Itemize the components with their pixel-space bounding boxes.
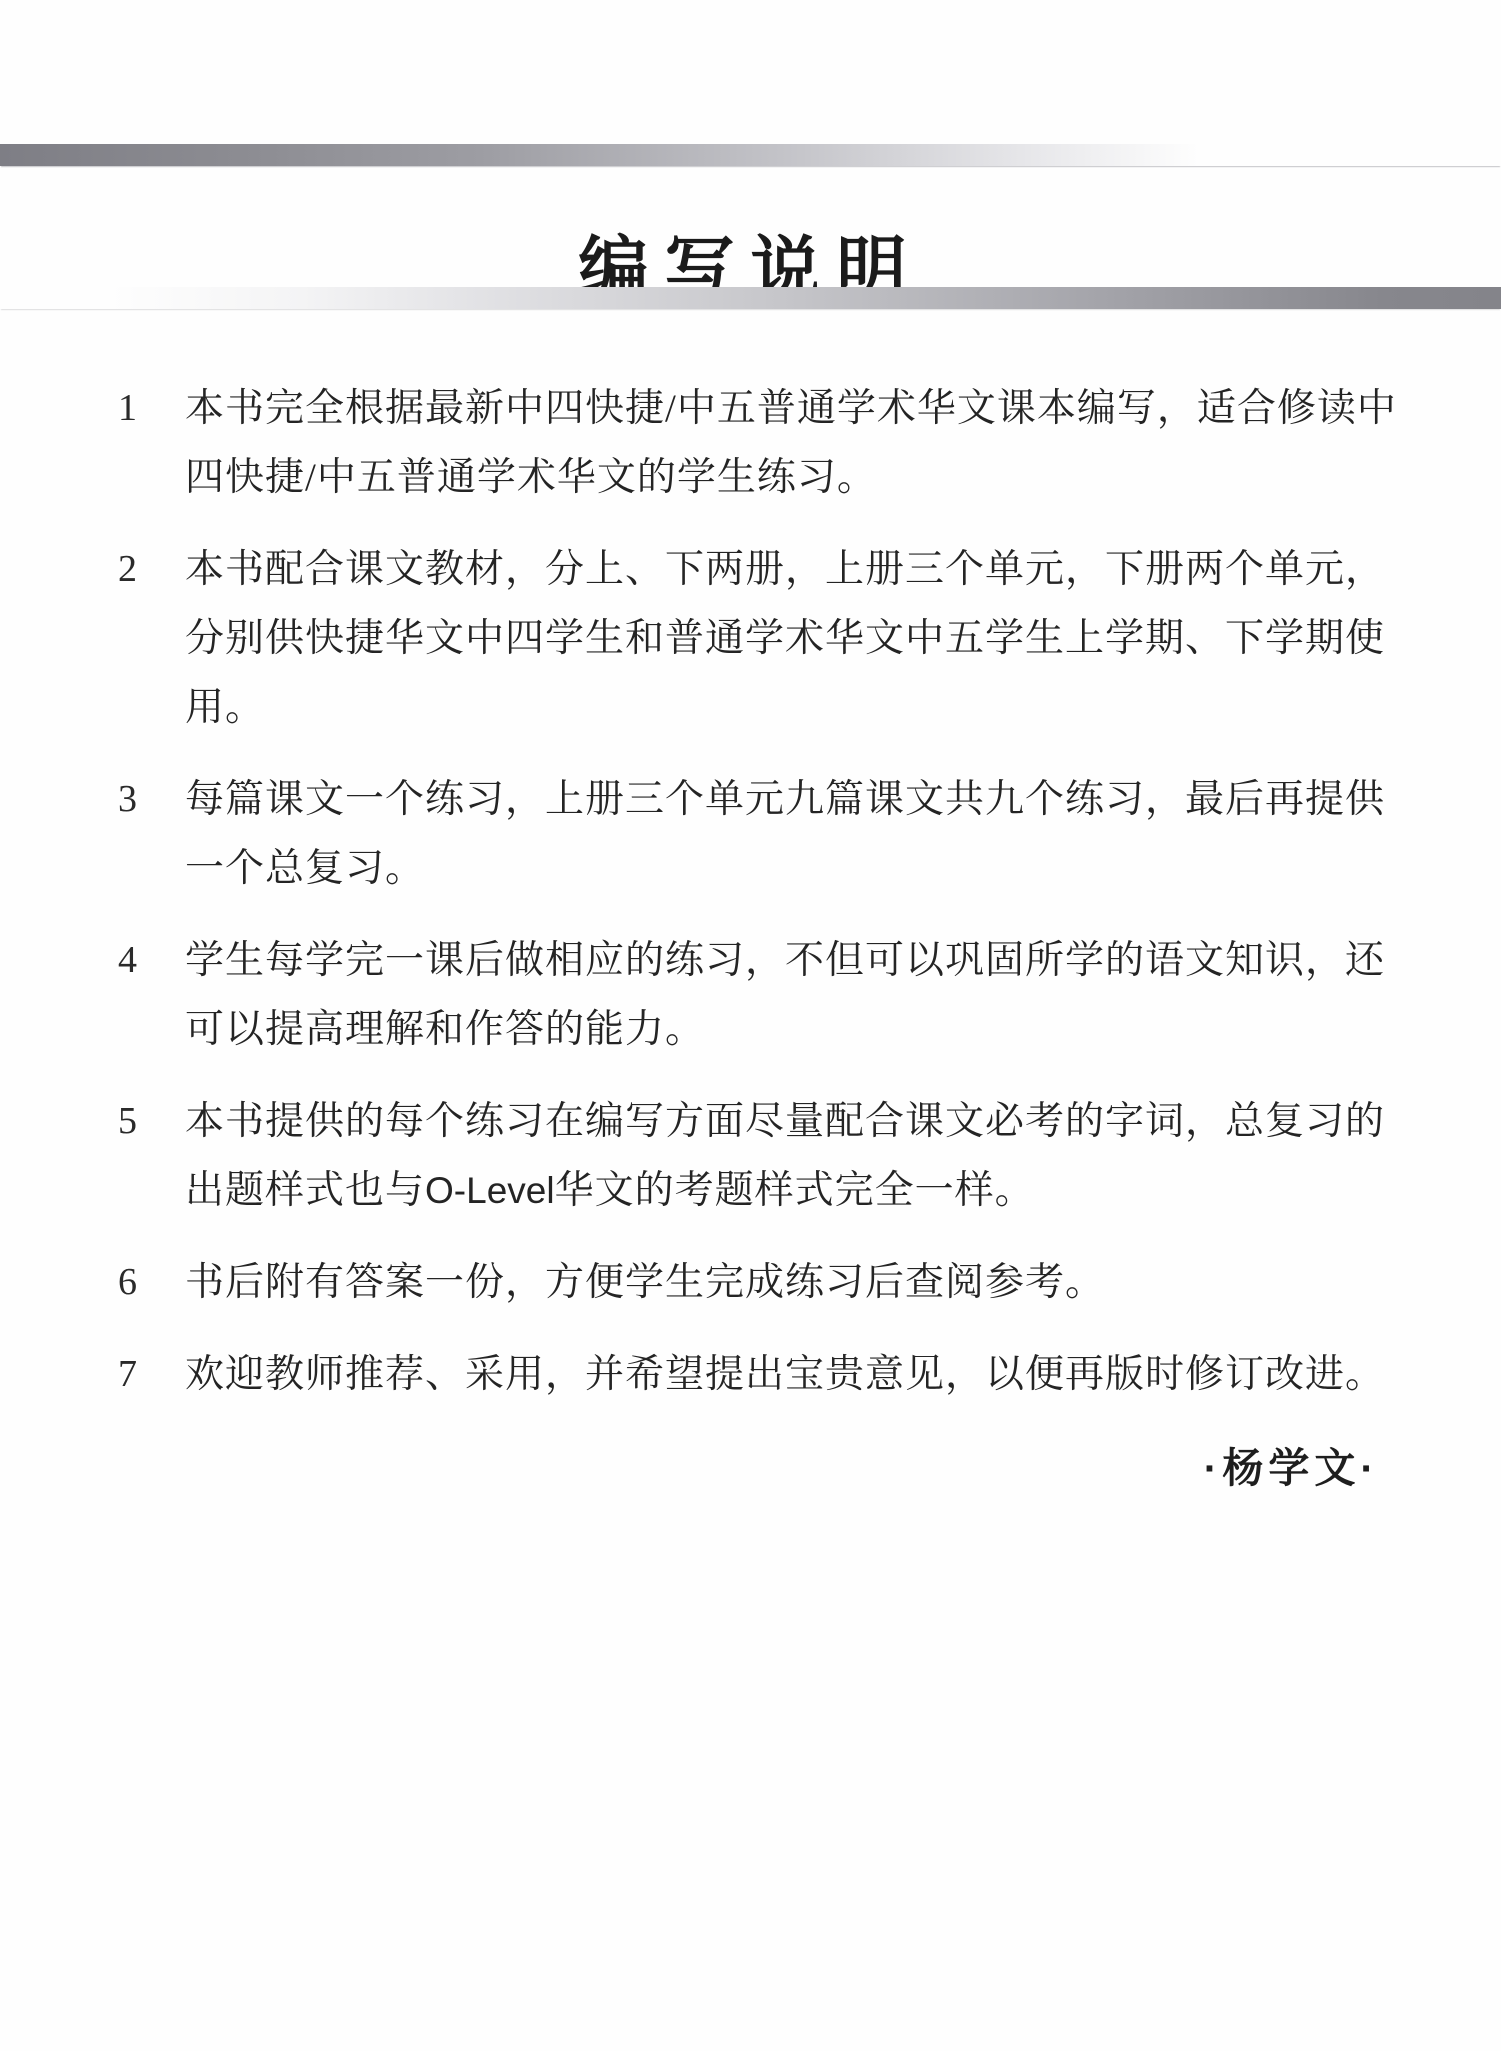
text-line: 学生每学完一课后做相应的练习，不但可以巩固所学的语文知识，还 [185, 926, 1431, 995]
text-line: 书后附有答案一份，方便学生完成练习后查阅参考。 [185, 1248, 1431, 1317]
text-line: 四快捷/中五普通学术华文的学生练习。 [185, 443, 1431, 512]
item-number: 5 [118, 1087, 185, 1156]
text-line: 可以提高理解和作答的能力。 [185, 995, 1431, 1064]
item-number: 3 [118, 765, 185, 834]
item-text: 本书配合课文教材，分上、下两册，上册三个单元，下册两个单元，分别供快捷华文中四学… [185, 535, 1431, 742]
text-line: 本书提供的每个练习在编写方面尽量配合课文必考的字词，总复习的 [185, 1087, 1431, 1156]
item-text: 每篇课文一个练习，上册三个单元九篇课文共九个练习，最后再提供一个总复习。 [185, 765, 1431, 903]
list-item: 3每篇课文一个练习，上册三个单元九篇课文共九个练习，最后再提供一个总复习。 [118, 765, 1431, 903]
text-line: 欢迎教师推荐、采用，并希望提出宝贵意见，以便再版时修订改进。 [185, 1340, 1431, 1409]
item-number: 2 [118, 535, 185, 604]
list-item: 7欢迎教师推荐、采用，并希望提出宝贵意见，以便再版时修订改进。 [118, 1340, 1431, 1409]
text-line: 本书完全根据最新中四快捷/中五普通学术华文课本编写，适合修读中 [185, 374, 1431, 443]
list-item: 1本书完全根据最新中四快捷/中五普通学术华文课本编写，适合修读中四快捷/中五普通… [118, 374, 1431, 512]
item-text: 书后附有答案一份，方便学生完成练习后查阅参考。 [185, 1248, 1431, 1317]
text-line: 每篇课文一个练习，上册三个单元九篇课文共九个练习，最后再提供 [185, 765, 1431, 834]
preface-item-list: 1本书完全根据最新中四快捷/中五普通学术华文课本编写，适合修读中四快捷/中五普通… [118, 374, 1431, 1432]
text-line: 出题样式也与O-Level华文的考题样式完全一样。 [185, 1156, 1431, 1225]
item-number: 7 [118, 1340, 185, 1409]
title-underline-bar [0, 287, 1501, 309]
item-number: 6 [118, 1248, 185, 1317]
list-item: 2本书配合课文教材，分上、下两册，上册三个单元，下册两个单元，分别供快捷华文中四… [118, 535, 1431, 742]
item-text: 本书完全根据最新中四快捷/中五普通学术华文课本编写，适合修读中四快捷/中五普通学… [185, 374, 1431, 512]
latin-text: O-Level [425, 1170, 555, 1211]
text-line: 分别供快捷华文中四学生和普通学术华文中五学生上学期、下学期使 [185, 604, 1431, 673]
text-line: 本书配合课文教材，分上、下两册，上册三个单元，下册两个单元， [185, 535, 1431, 604]
top-gradient-bar [0, 144, 1501, 166]
item-text: 学生每学完一课后做相应的练习，不但可以巩固所学的语文知识，还可以提高理解和作答的… [185, 926, 1431, 1064]
item-number: 1 [118, 374, 185, 443]
item-text: 欢迎教师推荐、采用，并希望提出宝贵意见，以便再版时修订改进。 [185, 1340, 1431, 1409]
item-number: 4 [118, 926, 185, 995]
list-item: 4学生每学完一课后做相应的练习，不但可以巩固所学的语文知识，还可以提高理解和作答… [118, 926, 1431, 1064]
list-item: 5本书提供的每个练习在编写方面尽量配合课文必考的字词，总复习的出题样式也与O-L… [118, 1087, 1431, 1225]
book-page: 编写说明 1本书完全根据最新中四快捷/中五普通学术华文课本编写，适合修读中四快捷… [0, 0, 1501, 2051]
text-line: 用。 [185, 673, 1431, 742]
author-signature: ·杨学文· [1204, 1438, 1379, 1498]
list-item: 6书后附有答案一份，方便学生完成练习后查阅参考。 [118, 1248, 1431, 1317]
text-line: 一个总复习。 [185, 834, 1431, 903]
item-text: 本书提供的每个练习在编写方面尽量配合课文必考的字词，总复习的出题样式也与O-Le… [185, 1087, 1431, 1225]
